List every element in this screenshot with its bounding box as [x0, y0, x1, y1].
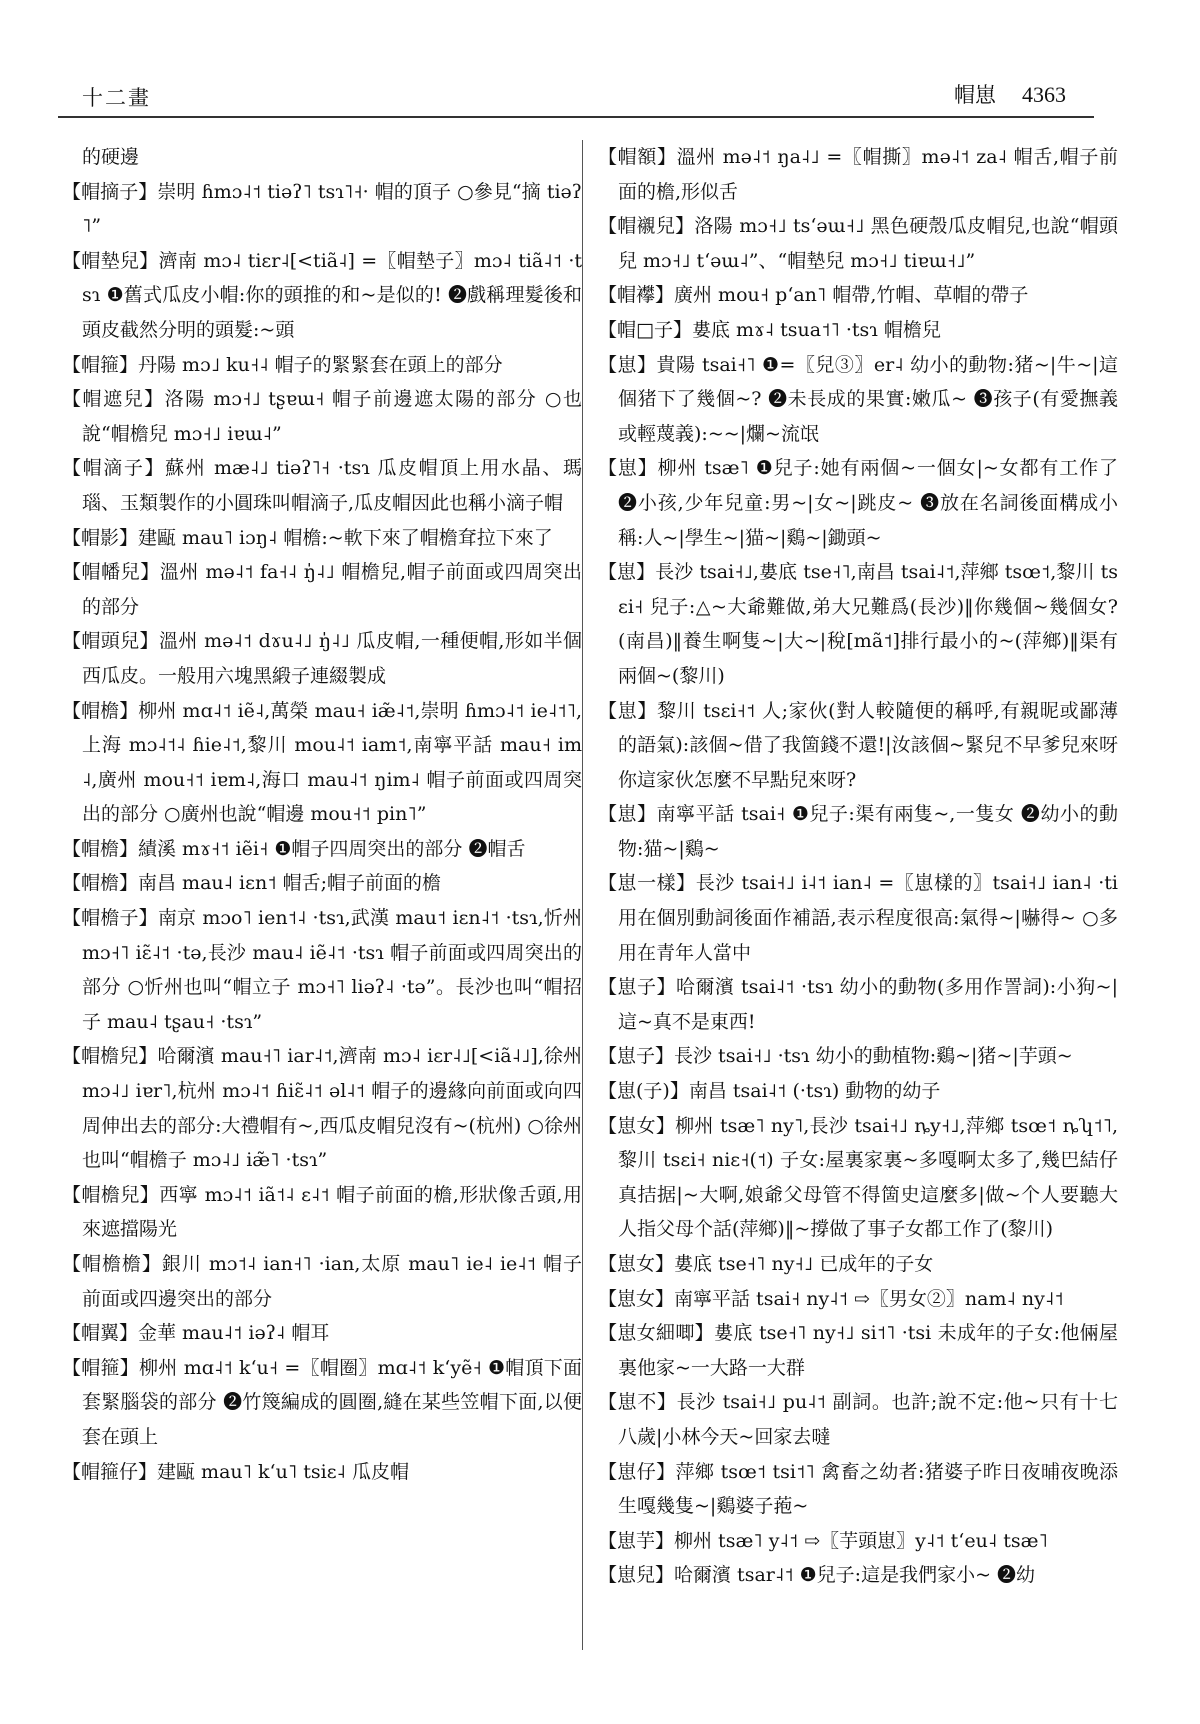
entry-definition: 南昌 mau˨ iɛn˦ 帽舌;帽子前面的檐 — [138, 872, 441, 894]
entry-definition: 柳州 tsæ˥ ❶兒子:她有兩個~一個女|~女都有工作了 ❷小孩,少年兒童:男~… — [618, 457, 1118, 548]
entry-definition: 丹陽 mɔ˩ ku˧˨ 帽子的緊緊套在頭上的部分 — [138, 354, 503, 376]
dictionary-entry: 【帽檐】南昌 mau˨ iɛn˦ 帽舌;帽子前面的檐 — [62, 866, 582, 901]
dictionary-entry: 【崽兒】哈爾濱 tsar˨˦ ❶兒子:這是我們家小~ ❷幼 — [598, 1558, 1118, 1593]
dictionary-entry: 【帽檐兒】哈爾濱 mau˧˥ iar˨˦,濟南 mɔ˨ iɛr˨˩[<iã˨˩]… — [62, 1039, 582, 1177]
entry-headword: 【崽】 — [598, 457, 658, 479]
entry-headword: 【帽箍仔】 — [62, 1461, 157, 1483]
entry-definition: 南寧平話 tsai˧ ❶兒子:渠有兩隻~,一隻女 ❷幼小的動物:猫~|鷄~ — [618, 803, 1118, 860]
dictionary-entry: 的硬邊 — [62, 140, 582, 175]
entry-headword: 【帽□子】 — [598, 319, 692, 341]
entry-headword: 【帽檐】 — [62, 872, 138, 894]
entry-definition: 建甌 mau˥ kʻu˥ tsiɛ˨ 瓜皮帽 — [157, 1461, 409, 1483]
entry-headword: 【崽(子)】 — [598, 1080, 689, 1102]
entry-headword: 【帽影】 — [62, 527, 138, 549]
dictionary-entry: 【崽】長沙 tsai˧˩,婁底 tse˧˥,南昌 tsai˨˦,萍鄉 tsœ˦,… — [598, 555, 1118, 693]
dictionary-entry: 【帽額】溫州 mə˨˦ ŋa˨˩ =〖帽撕〗mə˨˦ za˨ 帽舌,帽子前面的檐… — [598, 140, 1118, 209]
entry-definition: 長沙 tsai˧˩,婁底 tse˧˥,南昌 tsai˨˦,萍鄉 tsœ˦,黎川 … — [618, 561, 1118, 687]
entry-headword: 【帽幡兒】 — [62, 561, 160, 583]
left-column: 的硬邊【帽摘子】崇明 ɦmɔ˨˦ tiəʔ˥ tsɿ˥˧· 帽的頂子 ○參見“摘… — [62, 140, 582, 1489]
dictionary-entry: 【崽子】哈爾濱 tsai˨˦ ·tsɿ 幼小的動物(多用作詈詞):小狗~|這~真… — [598, 970, 1118, 1039]
entry-headword: 【崽一樣】 — [598, 872, 696, 894]
entry-definition: 金華 mau˨˦ iəʔ˨ 帽耳 — [138, 1322, 329, 1344]
dictionary-entry: 【崽女】南寧平話 tsai˧ ny˨˦ ⇨〖男女②〗nam˨ ny˨˦ — [598, 1282, 1118, 1317]
dictionary-entry: 【帽墊兒】濟南 mɔ˨ tiɛr˨[<tiã˨] =〖帽墊子〗mɔ˨ tiã˨˦… — [62, 244, 582, 348]
dictionary-entry: 【崽】柳州 tsæ˥ ❶兒子:她有兩個~一個女|~女都有工作了 ❷小孩,少年兒童… — [598, 451, 1118, 555]
entry-definition: 崇明 ɦmɔ˨˦ tiəʔ˥ tsɿ˥˧· 帽的頂子 ○參見“摘 tiəʔ˥” — [82, 181, 582, 238]
entry-headword: 【崽子】 — [598, 1045, 674, 1067]
entry-definition: 柳州 tsæ˥ ny˥,長沙 tsai˧˩ ȵy˧˩,萍鄉 tsœ˦ ȵʮ˦˥,… — [618, 1115, 1118, 1241]
entry-headword: 【崽子】 — [598, 976, 676, 998]
dictionary-entry: 【帽影】建甌 mau˥ iɔŋ˨ 帽檐:~軟下來了帽檐耷拉下來了 — [62, 521, 582, 556]
dictionary-entry: 【帽箍】丹陽 mɔ˩ ku˧˨ 帽子的緊緊套在頭上的部分 — [62, 348, 582, 383]
dictionary-entry: 【崽芋】柳州 tsæ˥ y˨˦ ⇨〖芋頭崽〗y˨˦ tʻeu˨ tsæ˥ — [598, 1524, 1118, 1559]
entry-headword: 【崽女細唧】 — [598, 1322, 714, 1344]
dictionary-entry: 【崽】貴陽 tsai˧˥ ❶=〖兒③〗er˨ 幼小的動物:猪~|牛~|這個猪下了… — [598, 348, 1118, 452]
dictionary-entry: 【帽翼】金華 mau˨˦ iəʔ˨ 帽耳 — [62, 1316, 582, 1351]
entry-headword: 【帽襯兒】 — [598, 215, 694, 237]
dictionary-entry: 【崽女】婁底 tse˧˥ ny˧˩ 已成年的子女 — [598, 1247, 1118, 1282]
dictionary-entry: 【崽】南寧平話 tsai˧ ❶兒子:渠有兩隻~,一隻女 ❷幼小的動物:猫~|鷄~ — [598, 797, 1118, 866]
entry-headword: 【崽】 — [598, 700, 657, 722]
dictionary-entry: 【帽摘子】崇明 ɦmɔ˨˦ tiəʔ˥ tsɿ˥˧· 帽的頂子 ○參見“摘 ti… — [62, 175, 582, 244]
entry-definition: 萍鄉 tsœ˦ tsi˦˥ 禽畜之幼者:猪婆子昨日夜晡夜晚添生嘎幾隻~|鷄婆子菢… — [618, 1461, 1118, 1518]
entry-headword: 【帽檐】 — [62, 700, 138, 722]
entry-headword: 【崽女】 — [598, 1115, 675, 1137]
entry-definition: 廣州 mou˧ pʻan˥ 帽帶,竹帽、草帽的帶子 — [674, 284, 1028, 306]
dictionary-entry: 【帽頭兒】溫州 mə˨˦ dɤu˨˩ ŋ̍˨˩ 瓜皮帽,一種便帽,形如半個西瓜皮… — [62, 624, 582, 693]
entry-definition: 南京 mɔo˥ ien˦˨ ·tsɿ,武漢 mau˦ iɛn˨˦ ·tsɿ,忻州… — [82, 907, 582, 1033]
entry-headword: 【帽墊兒】 — [62, 250, 158, 272]
entry-headword: 【帽頭兒】 — [62, 630, 159, 652]
dictionary-entry: 【崽一樣】長沙 tsai˧˩ i˨˦ ian˨ =〖崽樣的〗tsai˧˩ ian… — [598, 866, 1118, 970]
dictionary-entry: 【帽遮兒】洛陽 mɔ˧˩ tʂɐɯ˧ 帽子前邊遮太陽的部分 ○也說“帽檐兒 mɔ… — [62, 382, 582, 451]
dictionary-entry: 【帽箍仔】建甌 mau˥ kʻu˥ tsiɛ˨ 瓜皮帽 — [62, 1455, 582, 1490]
dictionary-entry: 【崽不】長沙 tsai˧˩ pu˨˦ 副詞。也許;說不定:他~只有十七八歲|小林… — [598, 1385, 1118, 1454]
entry-headword: 【崽】 — [598, 561, 655, 583]
entry-headword: 【崽兒】 — [598, 1564, 674, 1586]
entry-definition: 柳州 tsæ˥ y˨˦ ⇨〖芋頭崽〗y˨˦ tʻeu˨ tsæ˥ — [674, 1530, 1048, 1552]
entry-headword: 【崽不】 — [598, 1391, 677, 1413]
entry-definition: 長沙 tsai˧˩ ·tsɿ 幼小的動植物:鷄~|猪~|芋頭~ — [674, 1045, 1073, 1067]
entry-headword: 【帽檐兒】 — [62, 1045, 157, 1067]
entry-headword: 【帽檐子】 — [62, 907, 158, 929]
column-divider — [582, 140, 583, 1650]
entry-definition: 哈爾濱 tsar˨˦ ❶兒子:這是我們家小~ ❷幼 — [674, 1564, 1035, 1586]
entry-definition: 貴陽 tsai˧˥ ❶=〖兒③〗er˨ 幼小的動物:猪~|牛~|這個猪下了幾個~… — [618, 354, 1118, 445]
entry-definition: 南寧平話 tsai˧ ny˨˦ ⇨〖男女②〗nam˨ ny˨˦ — [674, 1288, 1064, 1310]
entry-headword: 【帽檐】 — [62, 838, 138, 860]
entry-headword: 【帽滴子】 — [62, 457, 165, 479]
section-label: 十二畫 — [82, 82, 151, 112]
guide-characters: 帽崽 — [954, 83, 996, 107]
dictionary-entry: 【帽幡兒】溫州 mə˨˦ fa˧˨ ŋ̍˨˩ 帽檐兒,帽子前面或四周突出的部分 — [62, 555, 582, 624]
entry-definition: 柳州 mɑ˨˦ kʻu˧ =〖帽圈〗mɑ˨˦ kʻyẽ˧ ❶帽頂下面套緊腦袋的部… — [82, 1357, 582, 1448]
entry-definition: 長沙 tsai˧˩ pu˨˦ 副詞。也許;說不定:他~只有十七八歲|小林今天~回… — [618, 1391, 1118, 1448]
entry-definition: 溫州 mə˨˦ ŋa˨˩ =〖帽撕〗mə˨˦ za˨ 帽舌,帽子前面的檐,形似舌 — [618, 146, 1118, 203]
entry-definition: 柳州 mɑ˨˦ iẽ˨,萬榮 mau˧ iæ̃˨˦,崇明 ɦmɔ˨˦ ie˨˦˥… — [82, 700, 582, 826]
entry-headword: 【崽女】 — [598, 1253, 674, 1275]
entry-headword: 【帽箍】 — [62, 1357, 139, 1379]
dictionary-entry: 【崽】黎川 tsɛi˧˦ 人;家伙(對人較隨便的稱呼,有親昵或鄙薄的語氣):該個… — [598, 694, 1118, 798]
entry-definition: 哈爾濱 tsai˨˦ ·tsɿ 幼小的動物(多用作詈詞):小狗~|這~真不是東西… — [618, 976, 1118, 1033]
dictionary-entry: 【帽□子】婁底 mɤ˨ tsua˦˥ ·tsɿ 帽檐兒 — [598, 313, 1118, 348]
entry-headword: 【帽摘子】 — [62, 181, 157, 203]
entry-definition: 婁底 tse˧˥ ny˧˩ 已成年的子女 — [674, 1253, 933, 1275]
dictionary-entry: 【帽檐】績溪 mɤ˧˦ iẽi˧ ❶帽子四周突出的部分 ❷帽舌 — [62, 832, 582, 867]
entry-definition: 婁底 mɤ˨ tsua˦˥ ·tsɿ 帽檐兒 — [692, 319, 941, 341]
entry-headword: 【崽仔】 — [598, 1461, 675, 1483]
entry-headword: 【帽襻】 — [598, 284, 674, 306]
right-column: 【帽額】溫州 mə˨˦ ŋa˨˩ =〖帽撕〗mə˨˦ za˨ 帽舌,帽子前面的檐… — [598, 140, 1118, 1593]
entry-headword: 【帽檐兒】 — [62, 1184, 159, 1206]
dictionary-entry: 【崽仔】萍鄉 tsœ˦ tsi˦˥ 禽畜之幼者:猪婆子昨日夜晡夜晚添生嘎幾隻~|… — [598, 1455, 1118, 1524]
entry-definition: 的硬邊 — [82, 146, 139, 168]
entry-definition: 南昌 tsai˨˦ (·tsɿ) 動物的幼子 — [689, 1080, 941, 1102]
entry-definition: 哈爾濱 mau˧˥ iar˨˦,濟南 mɔ˨ iɛr˨˩[<iã˨˩],徐州 m… — [82, 1045, 582, 1171]
page-number: 4363 — [1022, 82, 1066, 107]
dictionary-entry: 【帽檐子】南京 mɔo˥ ien˦˨ ·tsɿ,武漢 mau˦ iɛn˨˦ ·t… — [62, 901, 582, 1039]
entry-headword: 【帽額】 — [598, 146, 677, 168]
dictionary-entry: 【帽襯兒】洛陽 mɔ˧˩ tsʻəɯ˧˩ 黑色硬殼瓜皮帽兒,也說“帽頭兒 mɔ˧… — [598, 209, 1118, 278]
page-header: 十二畫 帽崽4363 — [58, 66, 1094, 118]
entry-headword: 【帽箍】 — [62, 354, 138, 376]
entry-headword: 【崽】 — [598, 354, 656, 376]
entry-definition: 建甌 mau˥ iɔŋ˨ 帽檐:~軟下來了帽檐耷拉下來了 — [138, 527, 553, 549]
dictionary-entry: 【帽檐檐】銀川 mɔ˦˨ ian˧˥ ·ian,太原 mau˥ ie˨ ie˨˦… — [62, 1247, 582, 1316]
dictionary-entry: 【崽女】柳州 tsæ˥ ny˥,長沙 tsai˧˩ ȵy˧˩,萍鄉 tsœ˦ ȵ… — [598, 1109, 1118, 1247]
dictionary-entry: 【帽襻】廣州 mou˧ pʻan˥ 帽帶,竹帽、草帽的帶子 — [598, 278, 1118, 313]
entry-headword: 【崽女】 — [598, 1288, 674, 1310]
dictionary-entry: 【帽檐兒】西寧 mɔ˨˦ iã˦˨ ɛ˨˦ 帽子前面的檐,形狀像舌頭,用來遮擋陽… — [62, 1178, 582, 1247]
entry-headword: 【崽芋】 — [598, 1530, 674, 1552]
dictionary-entry: 【帽檐】柳州 mɑ˨˦ iẽ˨,萬榮 mau˧ iæ̃˨˦,崇明 ɦmɔ˨˦ i… — [62, 694, 582, 832]
dictionary-entry: 【帽滴子】蘇州 mæ˨˩ tiəʔ˥˧ ·tsɿ 瓜皮帽頂上用水晶、瑪瑙、玉類製… — [62, 451, 582, 520]
entry-definition: 黎川 tsɛi˧˦ 人;家伙(對人較隨便的稱呼,有親昵或鄙薄的語氣):該個~借了… — [618, 700, 1118, 791]
dictionary-entry: 【帽箍】柳州 mɑ˨˦ kʻu˧ =〖帽圈〗mɑ˨˦ kʻyẽ˧ ❶帽頂下面套緊… — [62, 1351, 582, 1455]
dictionary-entry: 【崽女細唧】婁底 tse˧˥ ny˧˩ si˦˥ ·tsi 未成年的子女:他倆屋… — [598, 1316, 1118, 1385]
entry-headword: 【崽】 — [598, 803, 657, 825]
entry-headword: 【帽檐檐】 — [62, 1253, 162, 1275]
entry-headword: 【帽翼】 — [62, 1322, 138, 1344]
entry-headword: 【帽遮兒】 — [62, 388, 165, 410]
entry-definition: 績溪 mɤ˧˦ iẽi˧ ❶帽子四周突出的部分 ❷帽舌 — [138, 838, 525, 860]
dictionary-entry: 【崽子】長沙 tsai˧˩ ·tsɿ 幼小的動植物:鷄~|猪~|芋頭~ — [598, 1039, 1118, 1074]
header-right: 帽崽4363 — [954, 79, 1066, 109]
dictionary-entry: 【崽(子)】南昌 tsai˨˦ (·tsɿ) 動物的幼子 — [598, 1074, 1118, 1109]
